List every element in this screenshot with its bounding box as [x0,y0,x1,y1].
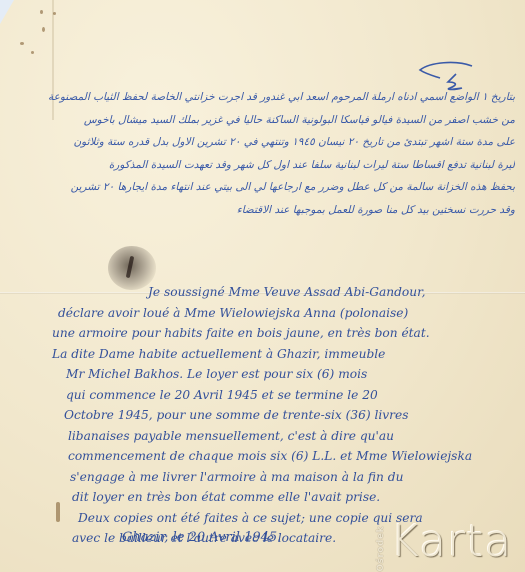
french-line: déclare avoir loué à Mme Wielowiejska An… [52,303,522,324]
age-spot [42,27,45,32]
place-and-date: Ghazir, le 20 Avril 1945. [122,530,281,545]
french-line: libanaises payable mensuellement, c'est … [52,426,522,447]
document-scan: بتاريخ ١ الواضع اسمي ادناه ارملة المرحوم… [0,0,525,572]
french-line: Mr Michel Bakhos. Le loyer est pour six … [52,364,522,385]
watermark-logo: Ośrodek Karta [376,522,524,570]
arabic-line: على مدة ستة اشهر تبتدئ من تاريخ ٢٠ نيسان… [10,131,515,154]
age-spot [53,12,56,15]
torn-corner [0,0,14,24]
age-spot [40,10,43,14]
french-line: qui commence le 20 Avril 1945 et se term… [52,385,522,406]
french-line: commencement de chaque mois six (6) L.L.… [52,446,522,467]
arabic-line: بحفظ هذه الخزانة سالمة من كل عطل وضرر مع… [10,176,515,199]
french-line: Je soussigné Mme Veuve Assad Abi-Gandour… [52,282,522,303]
french-text: Je soussigné Mme Veuve Assad Abi-Gandour… [52,282,522,549]
french-line: dit loyer en très bon état comme elle l'… [52,487,522,508]
french-line: une armoire pour habits faite en bois ja… [52,323,522,344]
arabic-line: من خشب اصفر من السيدة فيالو فياسكا البول… [10,109,515,132]
age-spot [31,51,34,54]
arabic-line: وقد حررت نسختين بيد كل منا صورة للعمل بم… [10,199,515,222]
french-line: La dite Dame habite actuellement à Ghazi… [52,344,522,365]
arabic-line: ليرة لبنانية تدفع اقساطا ستة ليرات لبنان… [10,154,515,177]
french-line: s'engage à me livrer l'armoire à ma mais… [52,467,522,488]
watermark-brand: Karta [390,516,512,567]
french-line: Octobre 1945, pour une somme de trente-s… [52,405,522,426]
age-spot [20,42,24,45]
arabic-text: بتاريخ ١ الواضع اسمي ادناه ارملة المرحوم… [10,86,515,221]
arabic-line: بتاريخ ١ الواضع اسمي ادناه ارملة المرحوم… [10,86,515,109]
watermark-sub: Ośrodek [376,526,386,572]
